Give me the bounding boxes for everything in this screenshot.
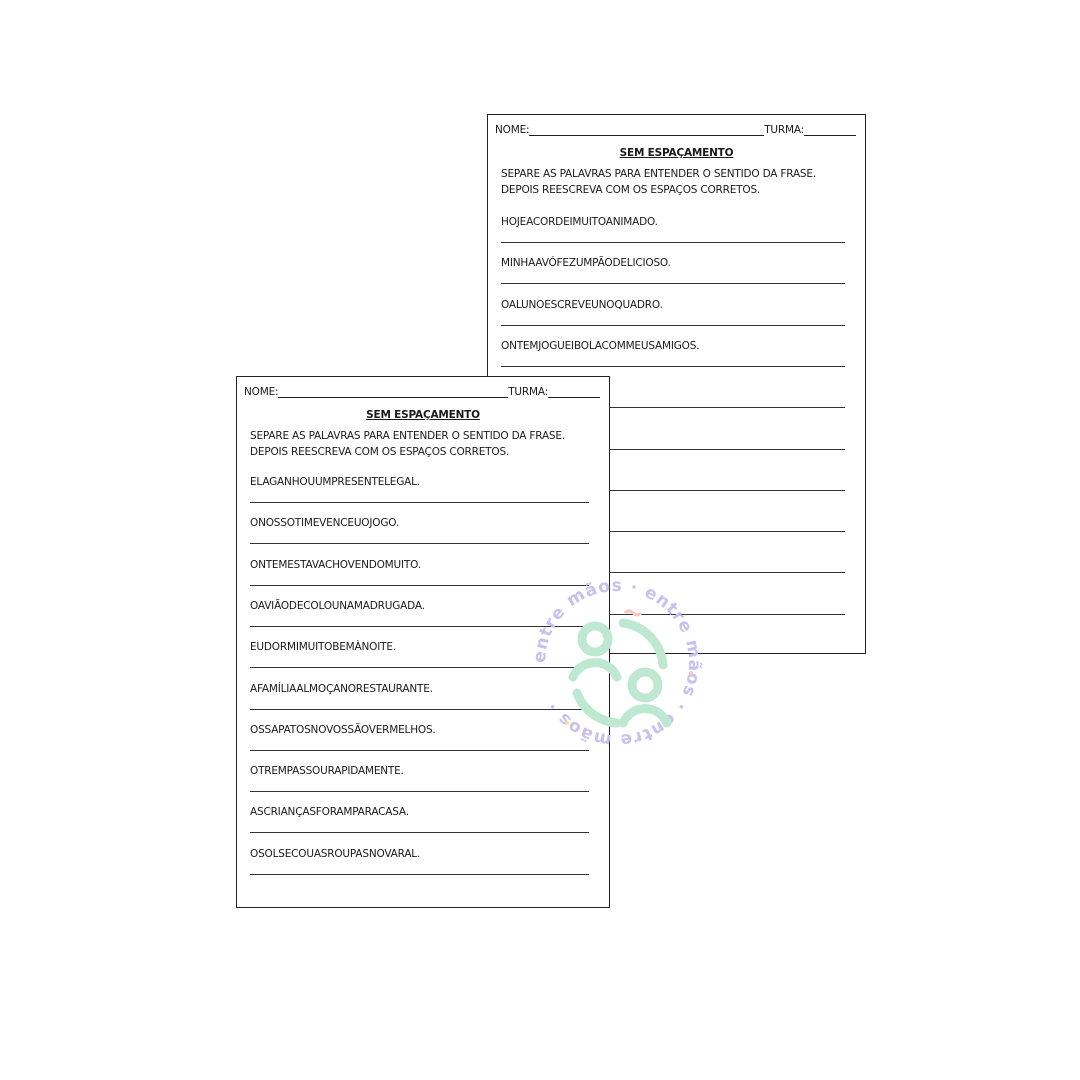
answer-line[interactable]: [250, 709, 589, 710]
exercise-sentence: ONTEMESTAVACHOVENDOMUITO.: [250, 559, 421, 571]
answer-line[interactable]: [250, 832, 589, 833]
worksheet-title: SEM ESPAÇAMENTO: [237, 409, 609, 421]
answer-line[interactable]: [250, 585, 589, 586]
exercise-sentence: MINHAAVÓFEZUMPÃODELICIOSO.: [501, 257, 671, 269]
exercise-sentence: EUDORMIMUITOBEMÀNOITE.: [250, 641, 396, 653]
nome-line: [529, 124, 764, 136]
worksheet-title: SEM ESPAÇAMENTO: [488, 147, 865, 159]
header-fields: NOME: TURMA:: [495, 124, 856, 136]
header-fields: NOME: TURMA:: [244, 386, 600, 398]
exercise-sentence: OSOLSECOUASROUPASNOVARAL.: [250, 848, 420, 860]
turma-label: TURMA:: [764, 124, 804, 136]
worksheet-front: NOME: TURMA: SEM ESPAÇAMENTO SEPARE AS P…: [236, 376, 610, 908]
instructions: SEPARE AS PALAVRAS PARA ENTENDER O SENTI…: [250, 429, 595, 460]
exercise-sentence: HOJEACORDEIMUITOANIMADO.: [501, 216, 658, 228]
answer-line[interactable]: [501, 242, 845, 243]
turma-line: [548, 386, 600, 398]
nome-line: [278, 386, 508, 398]
answer-line[interactable]: [250, 874, 589, 875]
answer-line[interactable]: [501, 325, 845, 326]
answer-line[interactable]: [501, 366, 845, 367]
exercise-sentence: OSSAPATOSNOVOSSÃOVERMELHOS.: [250, 724, 436, 736]
answer-line[interactable]: [250, 750, 589, 751]
exercise-sentence: OALUNOESCREVEUNOQUADRO.: [501, 299, 663, 311]
exercise-sentence: OTREMPASSOURAPIDAMENTE.: [250, 765, 404, 777]
exercise-sentence: ASCRIANÇASFORAMPARACASA.: [250, 806, 409, 818]
exercise-sentence: OAVIÃODECOLOUNAMADRUGADA.: [250, 600, 425, 612]
answer-line[interactable]: [250, 626, 589, 627]
answer-line[interactable]: [250, 502, 589, 503]
exercise-sentence: AFAMÍLIAALMOÇANORESTAURANTE.: [250, 683, 433, 695]
answer-line[interactable]: [250, 791, 589, 792]
exercise-sentence: ONTEMJOGUEIBOLACOMMEUSAMIGOS.: [501, 340, 699, 352]
instructions: SEPARE AS PALAVRAS PARA ENTENDER O SENTI…: [501, 167, 851, 198]
answer-line[interactable]: [250, 667, 589, 668]
nome-label: NOME:: [495, 124, 529, 136]
answer-line[interactable]: [501, 283, 845, 284]
answer-line[interactable]: [250, 543, 589, 544]
nome-label: NOME:: [244, 386, 278, 398]
exercise-sentence: ELAGANHOUUMPRESENTELEGAL.: [250, 476, 420, 488]
turma-line: [804, 124, 856, 136]
turma-label: TURMA:: [508, 386, 548, 398]
exercise-sentence: ONOSSOTIMEVENCEUOJOGO.: [250, 517, 399, 529]
